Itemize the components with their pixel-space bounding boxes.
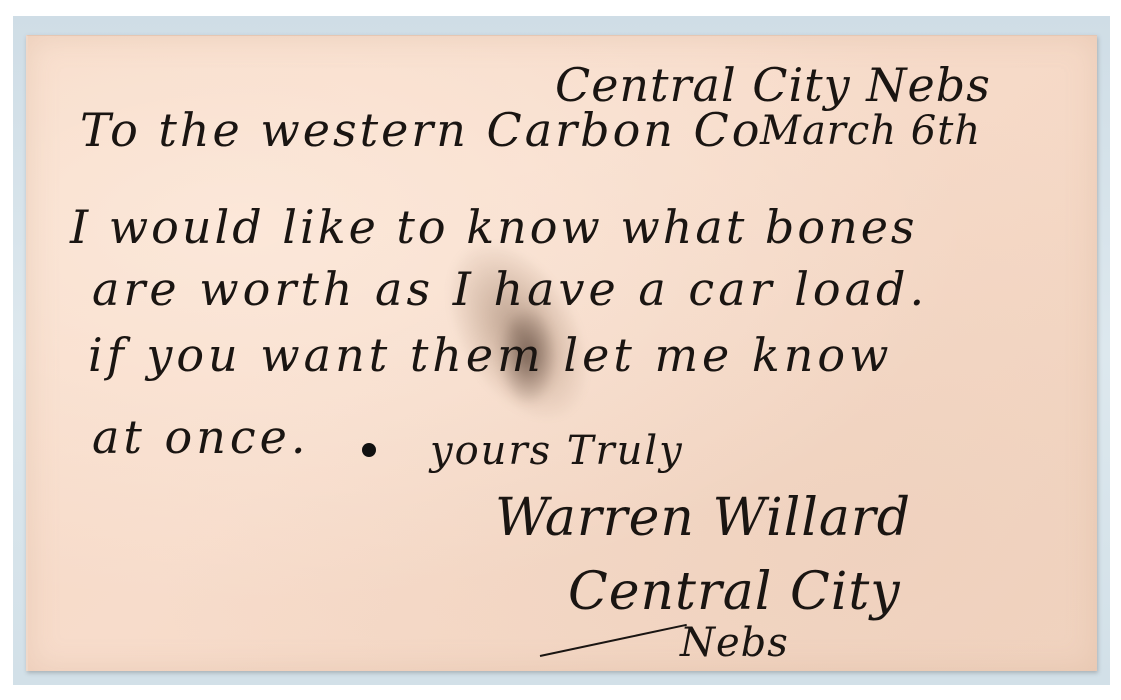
salutation: To the western Carbon Co <box>80 103 762 157</box>
heading-date: March 6th <box>760 108 981 154</box>
body-line-2: are worth as I have a car load. <box>92 262 928 316</box>
closing: yours Truly <box>430 428 684 474</box>
signature-name: Warren Willard <box>495 488 911 548</box>
ink-dot <box>362 443 376 457</box>
body-line-3: if you want them let me know <box>88 328 892 382</box>
body-line-1: I would like to know what bones <box>70 200 918 254</box>
signature-town: Central City <box>568 562 901 622</box>
signature-state: Nebs <box>680 620 789 666</box>
body-line-4: at once. <box>92 410 309 464</box>
